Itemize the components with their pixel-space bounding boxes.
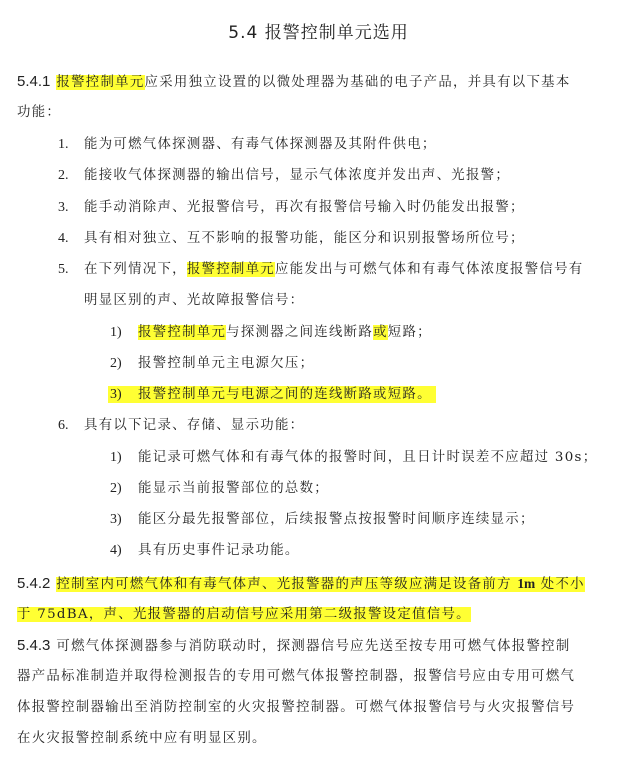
section-number: 5.4.2	[17, 575, 50, 592]
sub-item-6-4: 4)具有历史事件记录功能。	[110, 541, 300, 561]
item-text: 在下列情况下，	[84, 262, 187, 277]
sub-item-6-3: 3)能区分最先报警部位，后续报警点按报警时间顺序连续显示；	[110, 510, 535, 530]
highlighted-text: 于 75dBA，声、光报警器的启动信号应采用第二级报警设定值信号。	[17, 607, 471, 622]
list-item-2: 2.能接收气体探测器的输出信号，显示气体浓度并发出声、光报警；	[58, 166, 510, 186]
text: 控制室内可燃气体和有毒气体声、光报警器的声压等级应满足设备前方	[56, 577, 517, 592]
sub-item-5-2: 2)报警控制单元主电源欠压；	[110, 354, 314, 374]
s543-line2: 器产品标准制造并取得检测报告的专用可燃气体报警控制器，报警信号应由专用可燃气	[17, 667, 575, 687]
item-text: 能区分最先报警部位，后续报警点按报警时间顺序连续显示；	[138, 512, 535, 527]
list-item-3: 3.能手动消除声、光报警信号，再次有报警信号输入时仍能发出报警；	[58, 198, 525, 218]
sub-item-5-3: 3)报警控制单元与电源之间的连线断路或短路。	[108, 385, 436, 405]
section-number: 5.4.1	[17, 73, 50, 90]
item-text: 短路；	[388, 325, 432, 340]
sub-item-6-2: 2)能显示当前报警部位的总数；	[110, 479, 329, 499]
item-text: 具有以下记录、存储、显示功能：	[84, 418, 304, 433]
item-number: 4.	[58, 229, 84, 249]
highlighted-line: 3)报警控制单元与电源之间的连线断路或短路。	[108, 386, 436, 403]
list-item-1: 1.能为可燃气体探测器、有毒气体探测器及其附件供电；	[58, 135, 437, 155]
sub-item-number: 2)	[110, 479, 138, 499]
sub-item-number: 1)	[110, 323, 138, 343]
s541-line2: 功能：	[17, 103, 61, 123]
sub-item-number: 1)	[110, 448, 138, 468]
sub-item-6-1: 1)能记录可燃气体和有毒气体的报警时间，且日计时误差不应超过 30s；	[110, 448, 597, 468]
section-number: 5.4.3	[17, 637, 50, 654]
item-number: 1.	[58, 135, 84, 155]
paragraph-text: 可燃气体探测器参与消防联动时，探测器信号应先送至按专用可燃气体报警控制	[56, 639, 570, 654]
s543-line4: 在火灾报警控制系统中应有明显区别。	[17, 729, 267, 749]
highlighted-text: 报警控制单元	[138, 325, 226, 340]
item-text: 与探测器之间连线断路	[226, 325, 373, 340]
sub-item-5-1: 1)报警控制单元与探测器之间连线断路或短路；	[110, 323, 432, 343]
s542-line2: 于 75dBA，声、光报警器的启动信号应采用第二级报警设定值信号。	[17, 605, 471, 625]
text: 1m	[517, 576, 535, 591]
item-text: 能接收气体探测器的输出信号，显示气体浓度并发出声、光报警；	[84, 168, 510, 183]
sub-item-number: 3)	[110, 385, 138, 405]
highlighted-text: 控制室内可燃气体和有毒气体声、光报警器的声压等级应满足设备前方 1m 处不小	[56, 577, 584, 592]
sub-item-number: 2)	[110, 354, 138, 374]
highlighted-text: 或	[373, 325, 388, 340]
list-item-5-cont: 明显区别的声、光故障报警信号：	[84, 291, 304, 311]
item-text: 报警控制单元主电源欠压；	[138, 356, 314, 371]
item-text: 能为可燃气体探测器、有毒气体探测器及其附件供电；	[84, 137, 437, 152]
item-text: 能记录可燃气体和有毒气体的报警时间，且日计时误差不应超过 30s；	[138, 450, 597, 465]
item-number: 5.	[58, 260, 84, 280]
item-text: 能手动消除声、光报警信号，再次有报警信号输入时仍能发出报警；	[84, 200, 525, 215]
list-item-6: 6.具有以下记录、存储、显示功能：	[58, 416, 304, 436]
highlighted-text: 报警控制单元	[187, 262, 275, 277]
s543-line1: 5.4.3可燃气体探测器参与消防联动时，探测器信号应先送至按专用可燃气体报警控制	[17, 636, 571, 657]
text: 处不小	[535, 577, 585, 592]
s542-line1: 5.4.2控制室内可燃气体和有毒气体声、光报警器的声压等级应满足设备前方 1m …	[17, 574, 585, 595]
item-number: 3.	[58, 198, 84, 218]
section-title: 5.4 报警控制单元选用	[0, 18, 637, 43]
item-text: 能显示当前报警部位的总数；	[138, 481, 329, 496]
s541-line1: 5.4.1报警控制单元应采用独立设置的以微处理器为基础的电子产品，并具有以下基本	[17, 72, 571, 93]
item-number: 6.	[58, 416, 84, 436]
paragraph-text: 应采用独立设置的以微处理器为基础的电子产品，并具有以下基本	[145, 75, 571, 90]
item-text: 应能发出与可燃气体和有毒气体浓度报警信号有	[275, 262, 584, 277]
item-number: 2.	[58, 166, 84, 186]
item-text: 具有历史事件记录功能。	[138, 543, 300, 558]
sub-item-number: 3)	[110, 510, 138, 530]
list-item-4: 4.具有相对独立、互不影响的报警功能，能区分和识别报警场所位号；	[58, 229, 525, 249]
highlighted-text: 报警控制单元	[56, 75, 144, 90]
s543-line3: 体报警控制器输出至消防控制室的火灾报警控制器。可燃气体报警信号与火灾报警信号	[17, 698, 575, 718]
list-item-5: 5.在下列情况下，报警控制单元应能发出与可燃气体和有毒气体浓度报警信号有	[58, 260, 584, 280]
item-text: 报警控制单元与电源之间的连线断路或短路。	[138, 387, 432, 402]
item-text: 具有相对独立、互不影响的报警功能，能区分和识别报警场所位号；	[84, 231, 525, 246]
sub-item-number: 4)	[110, 541, 138, 561]
